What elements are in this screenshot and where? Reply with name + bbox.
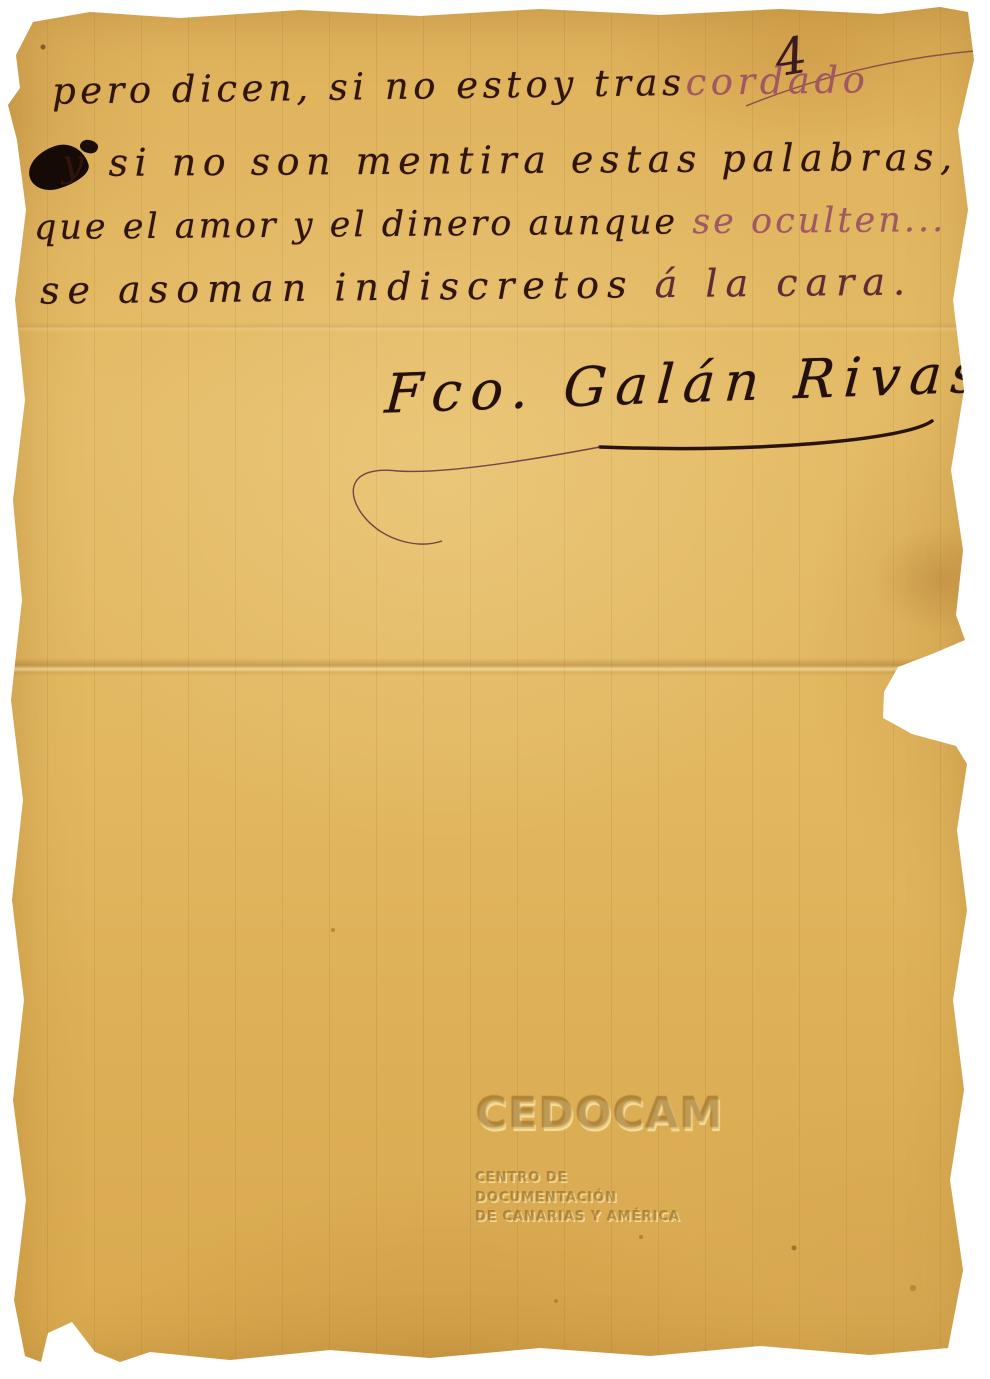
handwriting-segment: se asoman indiscretos — [40, 262, 655, 312]
signature: Fco. Galán Rivas — [383, 341, 990, 425]
horizontal-crease-upper — [0, 322, 990, 332]
handwriting-segment: pero dicen, si no estoy tras — [52, 61, 686, 113]
paper-sheet: 4 pero dicen, si no estoy trascordado y … — [0, 0, 990, 1379]
stamp-subtitle: CENTRO DE DOCUMENTACIÓN DE CANARIAS Y AM… — [476, 1170, 724, 1227]
manuscript-line-4: se asoman indiscretos á la cara. — [40, 259, 914, 312]
handwriting-segment: y si no son mentira estas palabras, — [62, 135, 959, 185]
manuscript-line-1: pero dicen, si no estoy trascordado — [52, 58, 870, 112]
stamp-subtitle-line: DOCUMENTACIÓN — [476, 1190, 724, 1208]
stamp-title: CEDOCAM — [476, 1090, 724, 1140]
scanned-manuscript: 4 pero dicen, si no estoy trascordado y … — [0, 0, 990, 1379]
stamp-subtitle-line: DE CANARIAS Y AMÉRICA — [476, 1209, 724, 1227]
handwriting-segment-faded: se oculten... — [692, 200, 946, 242]
embossed-stamp: CEDOCAM CENTRO DE DOCUMENTACIÓN DE CANAR… — [476, 1090, 724, 1227]
age-specks — [0, 0, 2, 2]
handwriting-segment-faded: cordado — [685, 58, 869, 104]
handwriting-segment: que el amor y el dinero aunque — [34, 202, 693, 248]
manuscript-line-3: que el amor y el dinero aunque se oculte… — [34, 200, 946, 248]
horizontal-fold-crease — [0, 658, 990, 676]
handwriting-segment-semi: á la cara. — [654, 259, 913, 306]
manuscript-line-2: y si no son mentira estas palabras, — [62, 135, 959, 185]
stamp-subtitle-line: CENTRO DE — [476, 1170, 724, 1188]
